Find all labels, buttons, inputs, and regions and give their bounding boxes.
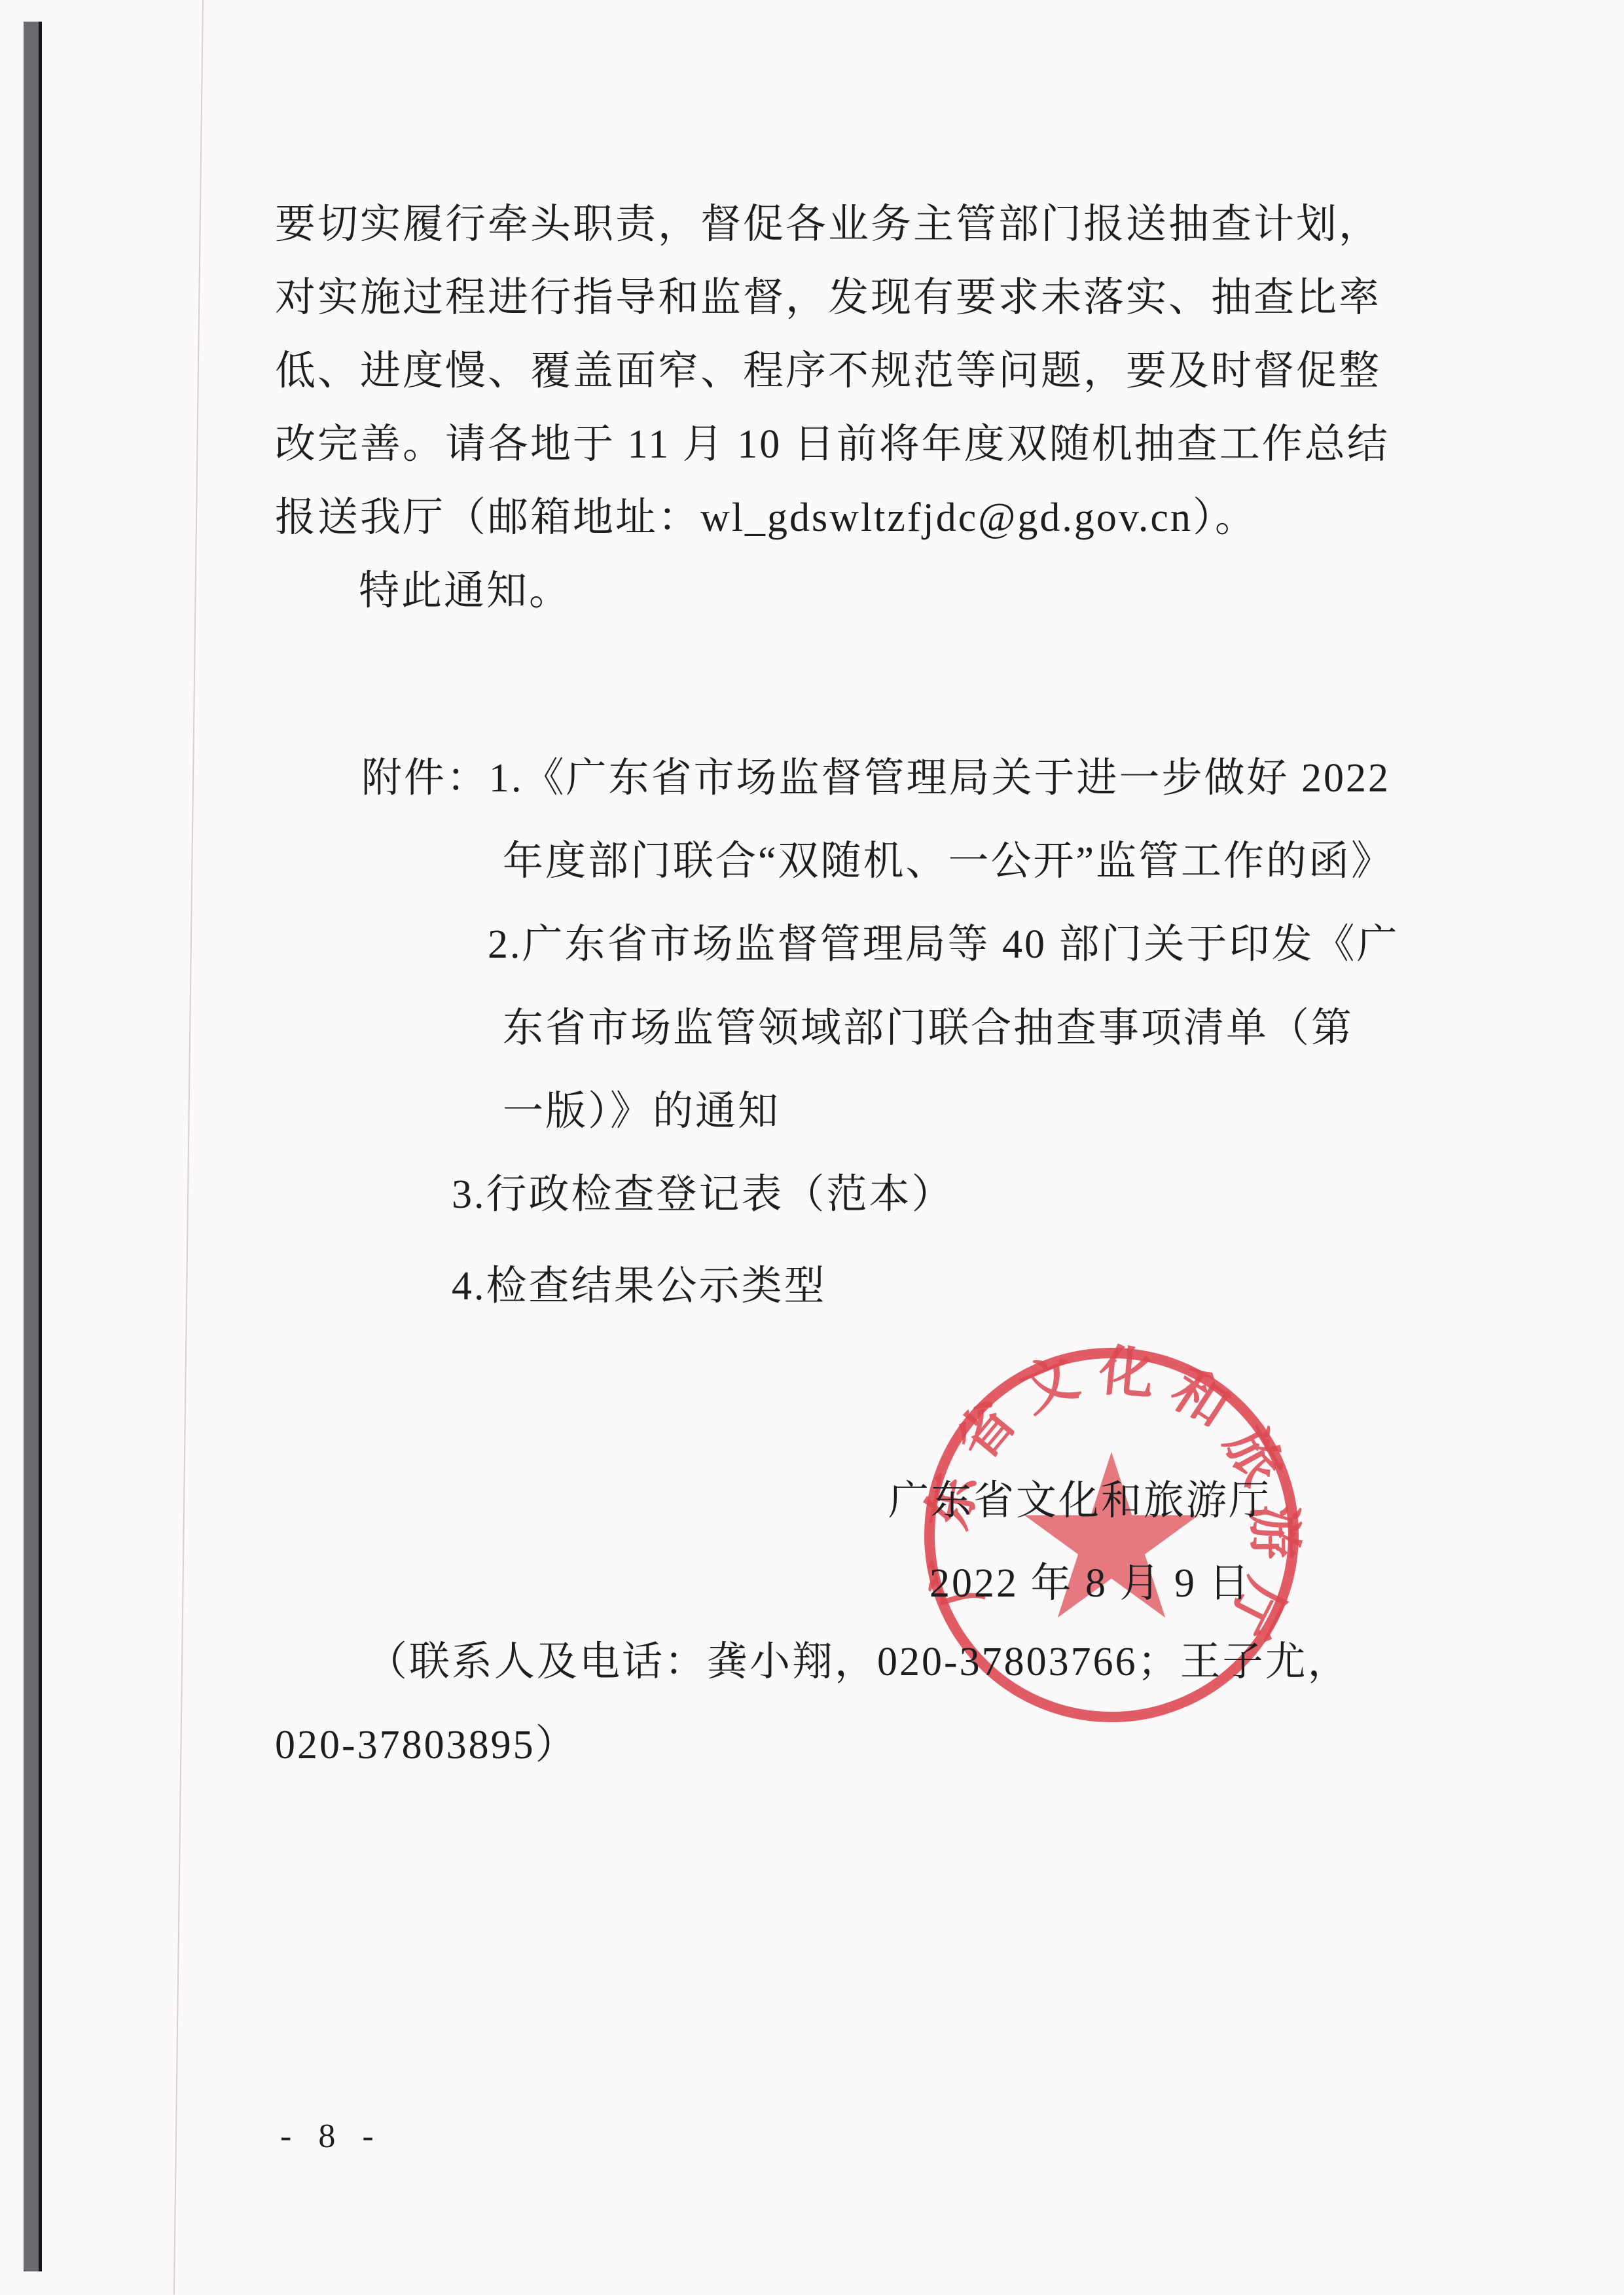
body-line-5: 报送我厅（邮箱地址：wl_gdswltzfjdc@gd.gov.cn）。 (275, 497, 1257, 538)
body-line-4: 改完善。请各地于 11 月 10 日前将年度双随机抽查工作总结 (275, 424, 1390, 465)
attachment-line-6: 3.行政检查登记表（范本） (452, 1174, 954, 1215)
attachment-line-4: 东省市场监管领域部门联合抽查事项清单（第 (503, 1008, 1354, 1049)
attachment-line-5: 一版）》的通知 (503, 1091, 780, 1132)
contact-line-1: （联系人及电话：龚小翔，020-37803766；王子尤， (367, 1642, 1350, 1682)
signature-department: 广东省文化和旅游厅 (888, 1481, 1271, 1521)
text-layer: 要切实履行牵头职责，督促各业务主管部门报送抽查计划，对实施过程进行指导和监督，发… (0, 0, 1624, 2295)
body-line-2: 对实施过程进行指导和监督，发现有要求未落实、抽查比率 (275, 278, 1381, 318)
closing-line: 特此通知。 (359, 571, 571, 611)
signature-date: 2022 年 8 月 9 日 (929, 1563, 1252, 1604)
page-number: - 8 - (280, 2120, 383, 2154)
body-line-3: 低、进度慢、覆盖面窄、程序不规范等问题，要及时督促整 (275, 351, 1381, 391)
contact-line-2: 020-37803895） (275, 1725, 578, 1765)
attachment-line-7: 4.检查结果公示类型 (452, 1266, 827, 1307)
body-line-1: 要切实履行牵头职责，督促各业务主管部门报送抽查计划， (275, 204, 1381, 245)
attachment-line-3: 2.广东省市场监督管理局等 40 部门关于印发《广 (488, 924, 1399, 965)
attachment-line-2: 年度部门联合“双随机、一公开”监管工作的函》 (503, 841, 1394, 882)
attachment-line-1: 附件：1.《广东省市场监督管理局关于进一步做好 2022 (361, 758, 1390, 799)
document-page: 广东省文化和旅游厅 要切实履行牵头职责，督促各业务主管部门报送抽查计划，对实施过… (0, 0, 1624, 2295)
